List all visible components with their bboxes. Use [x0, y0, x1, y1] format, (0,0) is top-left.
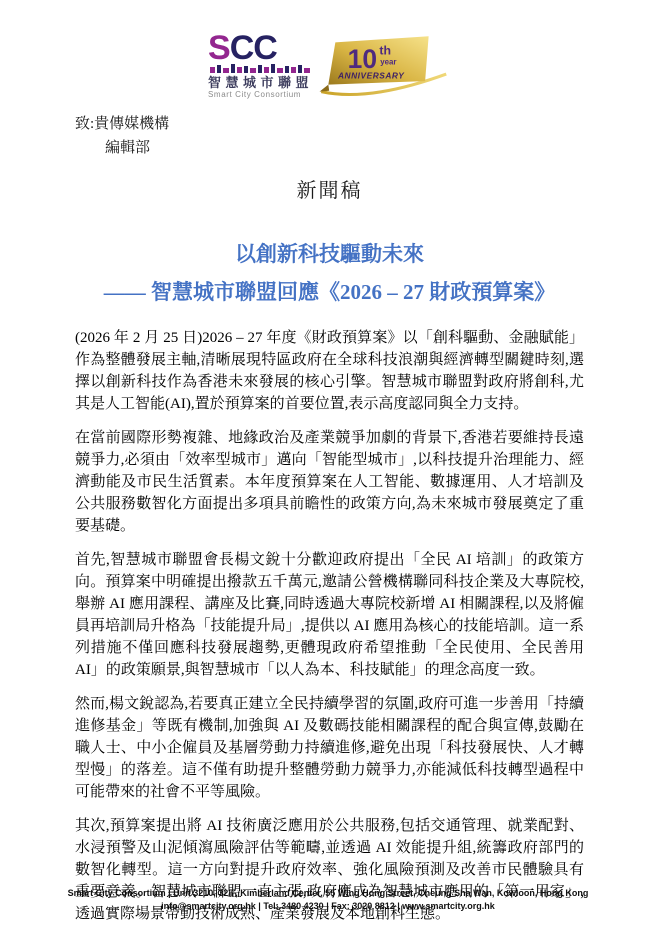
title-line-1: 以創新科技驅動未來: [75, 235, 584, 273]
department-line: 編輯部: [75, 136, 584, 160]
recipient-line: 致:貴傳媒機構: [75, 112, 584, 136]
badge-number-suffix: th: [379, 44, 391, 58]
press-release-heading: 新聞稿: [75, 174, 584, 203]
footer-address: Smart City Consortium | Unit 3210, 32/F,…: [0, 887, 656, 900]
body-paragraph: 首先,智慧城市聯盟會長楊文銳十分歡迎政府提出「全民 AI 培訓」的政策方向。預算…: [75, 549, 584, 681]
scc-logo: SCC: [208, 33, 312, 100]
badge-anniversary-label: ANNIVERSARY: [337, 70, 405, 80]
logo-chinese-name: 智慧城市聯盟: [208, 75, 312, 90]
press-release-page: SCC: [0, 0, 656, 939]
ribbon-fold-graphic: [320, 85, 330, 92]
footer: Smart City Consortium | Unit 3210, 32/F,…: [0, 887, 656, 913]
document-body: 致:貴傳媒機構 編輯部 新聞稿 以創新科技驅動未來 —— 智慧城市聯盟回應《20…: [0, 112, 656, 925]
header-logo-row: SCC: [0, 0, 656, 104]
body-paragraph: 在當前國際形勢複雜、地緣政治及產業競爭加劇的背景下,香港若要維持長遠競爭力,必須…: [75, 427, 584, 537]
badge-year-label: year: [380, 57, 396, 66]
scc-letter-s: S: [208, 29, 230, 67]
body-paragraph: (2026 年 2 月 25 日)2026 – 27 年度《財政預算案》以「創科…: [75, 327, 584, 415]
body-paragraphs: (2026 年 2 月 25 日)2026 – 27 年度《財政預算案》以「創科…: [75, 327, 584, 925]
logo-english-name: Smart City Consortium: [208, 90, 312, 100]
title-block: 以創新科技驅動未來 —— 智慧城市聯盟回應《2026 – 27 財政預算案》: [75, 235, 584, 311]
anniversary-badge: 10 th year ANNIVERSARY: [316, 35, 448, 104]
body-paragraph: 然而,楊文銳認為,若要真正建立全民持續學習的氛圍,政府可進一步善用「持續進修基金…: [75, 693, 584, 803]
scc-letters-cc: CC: [230, 29, 277, 67]
title-line-2: —— 智慧城市聯盟回應《2026 – 27 財政預算案》: [75, 273, 584, 311]
recipient-block: 致:貴傳媒機構 編輯部: [75, 112, 584, 160]
scc-letters: SCC: [208, 33, 312, 63]
footer-contact: info@smartcity.org.hk | Tel: 3480 4230 |…: [0, 900, 656, 913]
badge-number: 10: [348, 44, 377, 74]
